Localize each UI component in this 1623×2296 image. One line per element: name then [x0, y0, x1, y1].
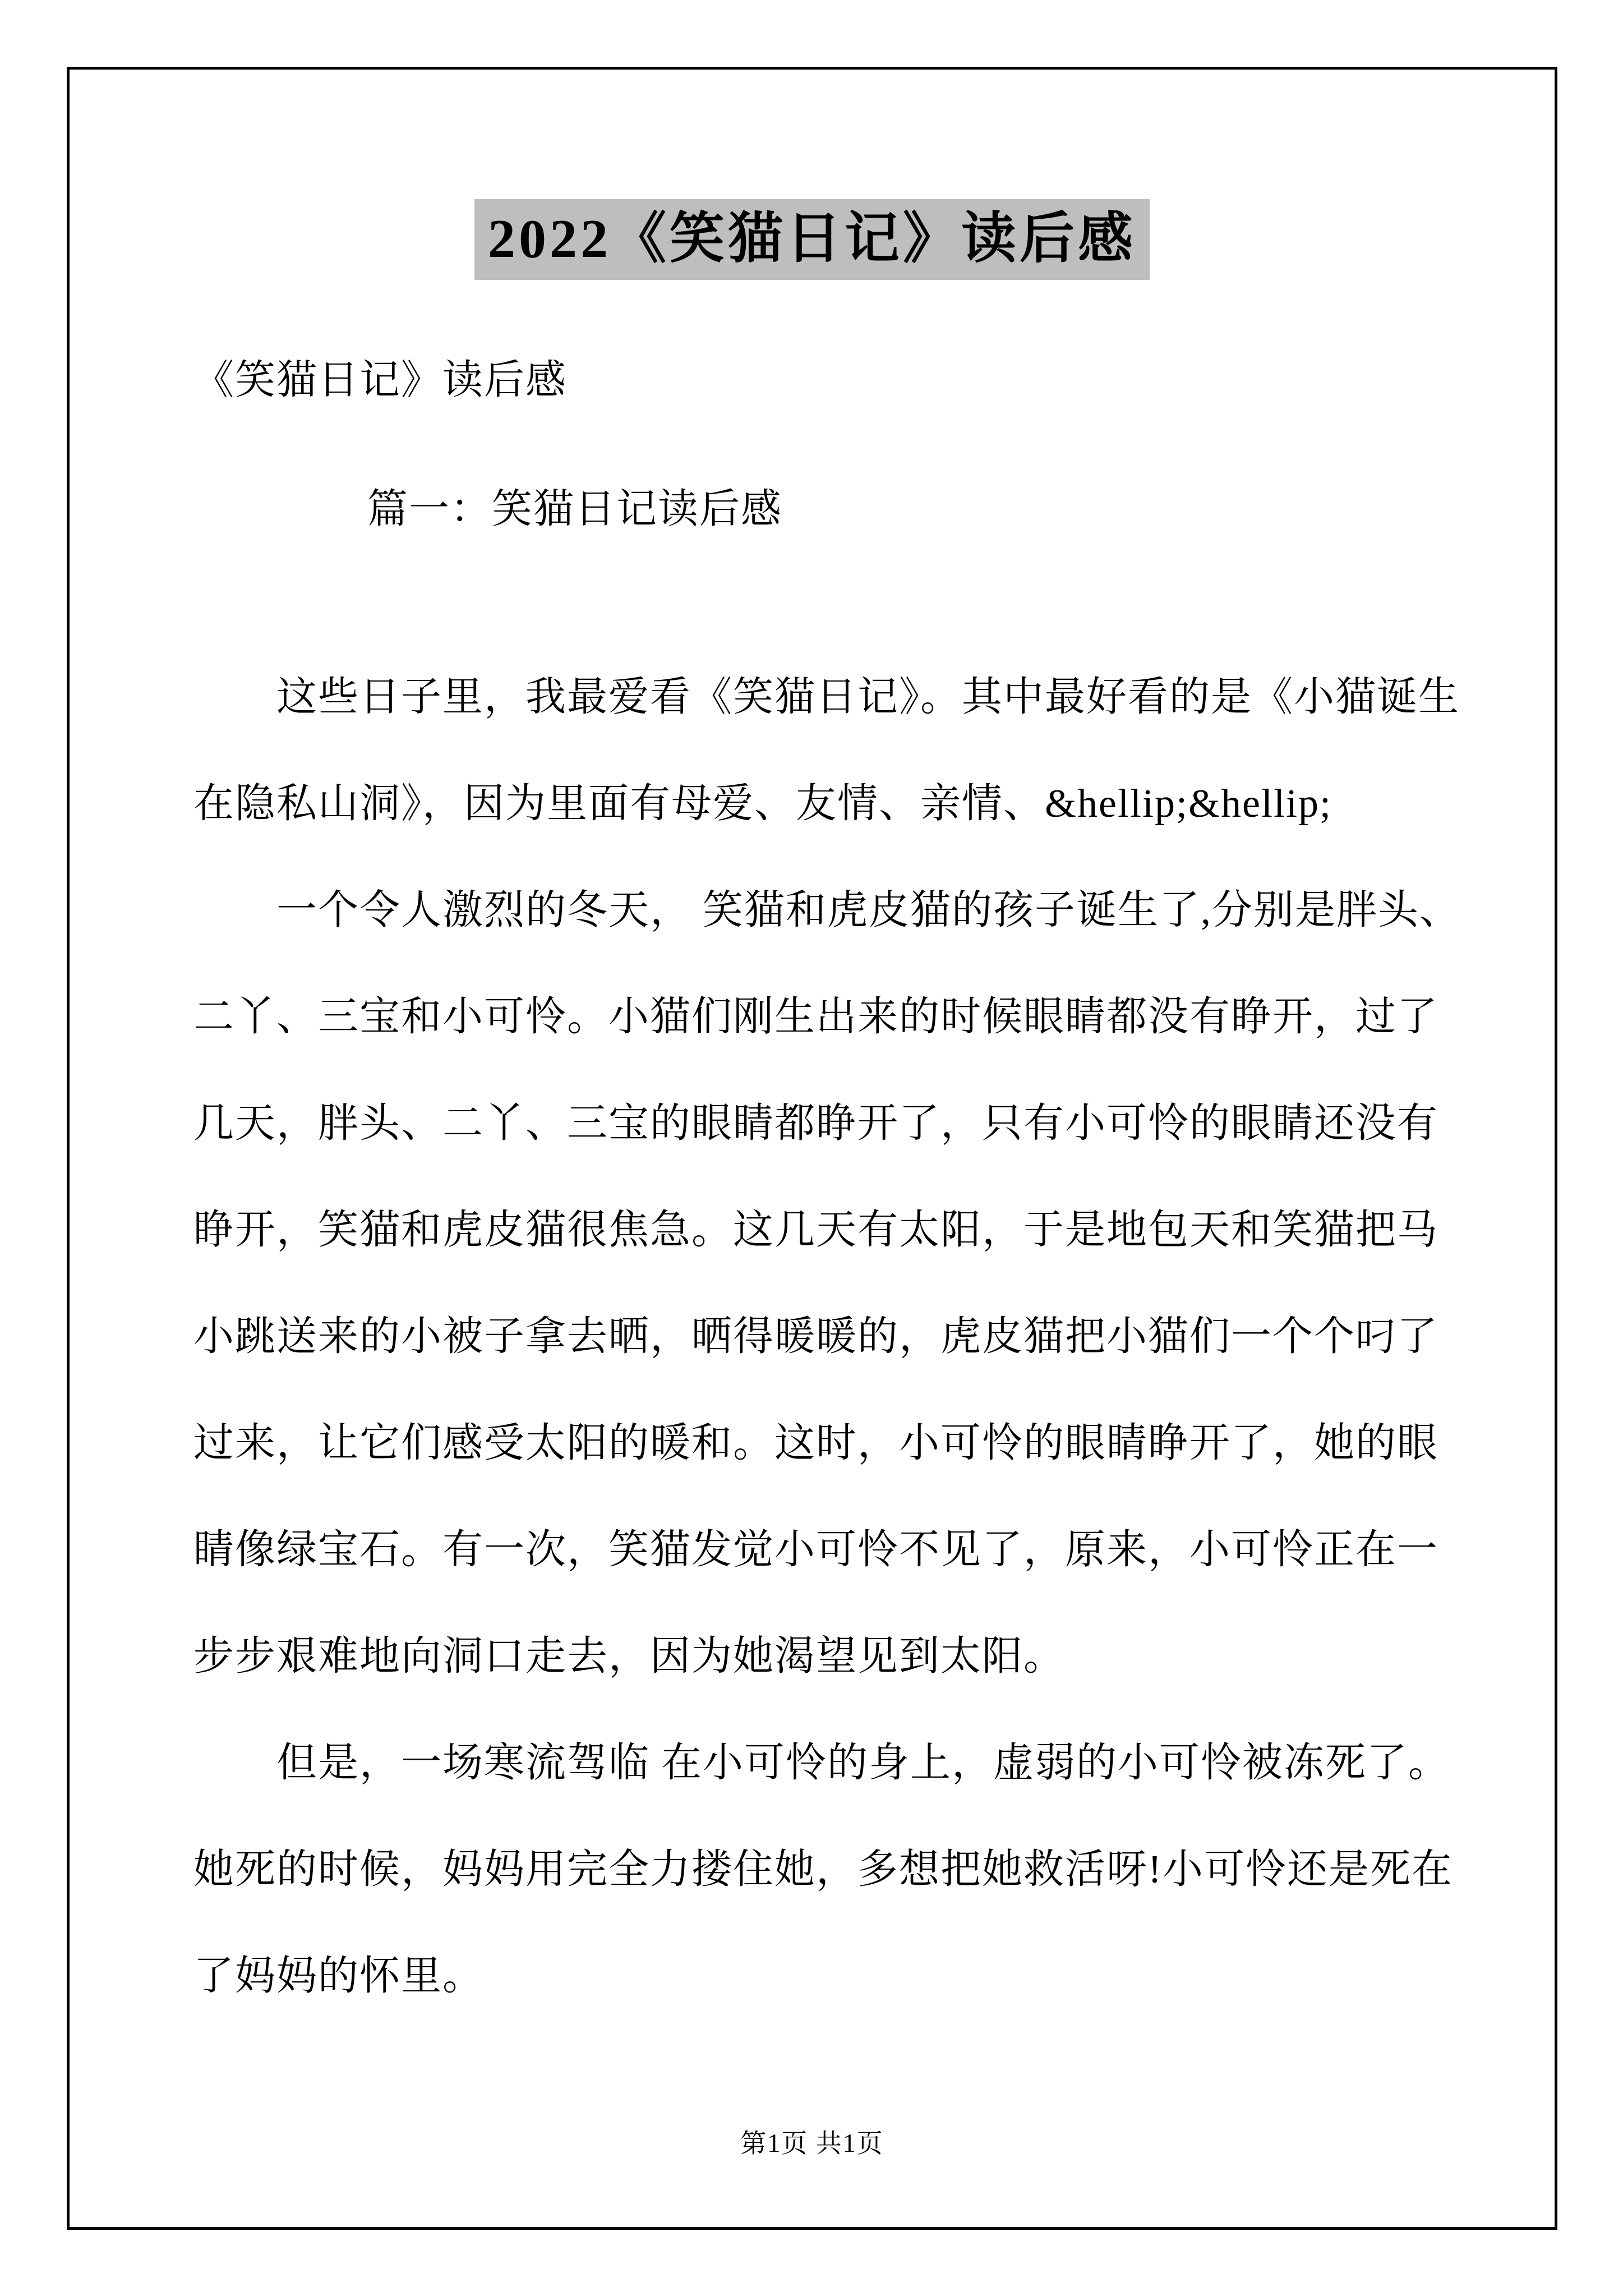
body-text-line: 几天，胖头、二丫、三宝的眼睛都睁开了，只有小可怜的眼睛还没有: [193, 1070, 1438, 1176]
paragraph: 一个令人激烈的冬天， 笑猫和虎皮猫的孩子诞生了,分别是胖头、 二丫、三宝和小可怜…: [193, 857, 1438, 1709]
section-heading: 篇一：笑猫日记读后感: [367, 455, 782, 562]
title-highlight-banner: 2022《笑猫日记》读后感: [474, 199, 1150, 280]
body-text-line: 她死的时候，妈妈用完全力搂住她，多想把她救活呀!小可怜还是死在: [193, 1816, 1438, 1922]
page-footer: 第1页 共1页: [70, 2127, 1555, 2160]
subtitle: 《笑猫日记》读后感: [193, 326, 567, 433]
page-title: 2022《笑猫日记》读后感: [488, 209, 1136, 269]
title-row: 2022《笑猫日记》读后感: [70, 199, 1555, 280]
body-text-line: 但是，一场寒流驾临 在小可怜的身上，虚弱的小可怜被冻死了。: [193, 1709, 1438, 1816]
paragraph: 但是，一场寒流驾临 在小可怜的身上，虚弱的小可怜被冻死了。 她死的时候，妈妈用完…: [193, 1709, 1438, 2029]
body-text-line: 这些日子里，我最爱看《笑猫日记》。其中最好看的是《小猫诞生: [193, 643, 1438, 750]
body-text-line: 了妈妈的怀里。: [193, 1922, 1438, 2029]
body-text-line: 睛像绿宝石。有一次，笑猫发觉小可怜不见了，原来，小可怜正在一: [193, 1496, 1438, 1603]
body-text-line: 一个令人激烈的冬天， 笑猫和虎皮猫的孩子诞生了,分别是胖头、: [193, 857, 1438, 963]
body-text-line: 小跳送来的小被子拿去晒，晒得暖暖的，虎皮猫把小猫们一个个叼了: [193, 1283, 1438, 1389]
body-text-line: 二丫、三宝和小可怜。小猫们刚生出来的时候眼睛都没有睁开，过了: [193, 963, 1438, 1070]
footer-page-info: 第1页 共1页: [740, 2129, 884, 2157]
page-frame: 2022《笑猫日记》读后感 《笑猫日记》读后感 篇一：笑猫日记读后感 这些日子里…: [67, 67, 1557, 2230]
paragraph: 这些日子里，我最爱看《笑猫日记》。其中最好看的是《小猫诞生 在隐私山洞》，因为里…: [193, 643, 1438, 857]
body-text-line: 在隐私山洞》，因为里面有母爱、友情、亲情、&hellip;&hellip;: [193, 750, 1438, 857]
body-text: 这些日子里，我最爱看《笑猫日记》。其中最好看的是《小猫诞生 在隐私山洞》，因为里…: [193, 643, 1438, 2029]
body-text-line: 步步艰难地向洞口走去，因为她渴望见到太阳。: [193, 1603, 1438, 1709]
body-text-line: 睁开，笑猫和虎皮猫很焦急。这几天有太阳，于是地包天和笑猫把马: [193, 1176, 1438, 1283]
body-text-line: 过来，让它们感受太阳的暖和。这时，小可怜的眼睛睁开了，她的眼: [193, 1389, 1438, 1496]
